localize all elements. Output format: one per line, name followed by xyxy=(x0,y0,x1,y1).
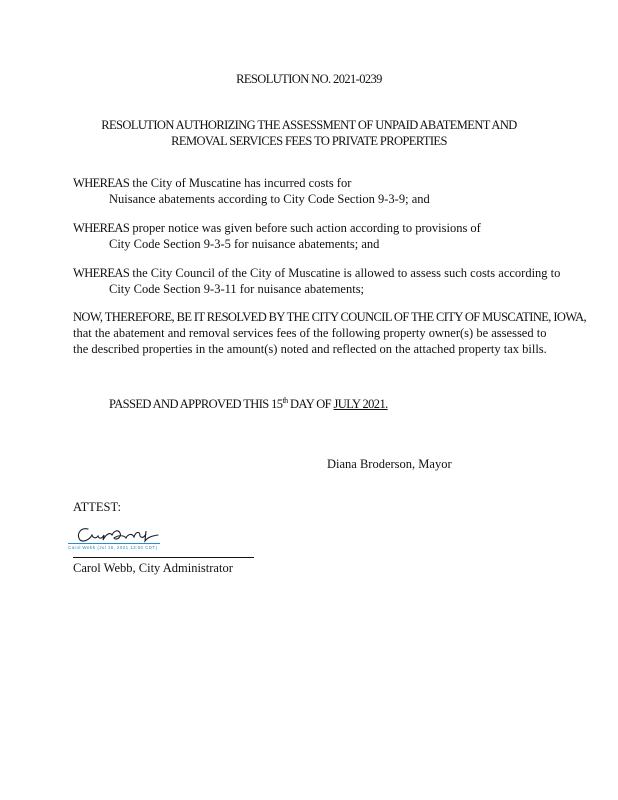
signature-line xyxy=(73,557,254,558)
resolved-lead: NOW, THEREFORE, BE IT RESOLVED BY THE CI… xyxy=(73,309,553,325)
whereas-clause-2: WHEREAS proper notice was given before s… xyxy=(73,220,481,252)
whereas-text: the City Council of the City of Muscatin… xyxy=(132,266,560,280)
passed-year: 2021. xyxy=(360,397,388,411)
resolution-title-line-1: RESOLUTION AUTHORIZING THE ASSESSMENT OF… xyxy=(0,117,618,133)
mayor-signature-name: Diana Broderson, Mayor xyxy=(327,457,452,472)
whereas-text: the City of Muscatine has incurred costs… xyxy=(132,176,351,190)
administrator-signature-name: Carol Webb, City Administrator xyxy=(73,561,233,576)
whereas-text-continued: City Code Section 9-3-11 for nuisance ab… xyxy=(73,281,560,297)
attest-label: ATTEST: xyxy=(73,500,121,515)
resolved-clause: NOW, THEREFORE, BE IT RESOLVED BY THE CI… xyxy=(73,309,553,357)
esignature-caption: Carol Webb (Jul 16, 2021 13:50 CDT) xyxy=(68,545,157,550)
whereas-text-continued: City Code Section 9-3-5 for nuisance aba… xyxy=(73,236,481,252)
handwritten-signature-icon xyxy=(66,525,162,545)
whereas-clause-1: WHEREAS the City of Muscatine has incurr… xyxy=(73,175,430,207)
resolution-title: RESOLUTION AUTHORIZING THE ASSESSMENT OF… xyxy=(0,117,618,149)
resolution-title-line-2: REMOVAL SERVICES FEES TO PRIVATE PROPERT… xyxy=(0,133,618,149)
passed-day: 15 xyxy=(271,397,282,411)
whereas-text-continued: Nuisance abatements according to City Co… xyxy=(73,191,430,207)
passed-approved-line: PASSED AND APPROVED THIS 15th DAY OF JUL… xyxy=(109,397,388,412)
whereas-text: proper notice was given before such acti… xyxy=(132,221,481,235)
resolved-body: that the abatement and removal services … xyxy=(73,325,553,357)
whereas-lead: WHEREAS xyxy=(73,266,129,280)
whereas-lead: WHEREAS xyxy=(73,221,129,235)
resolution-number: RESOLUTION NO. 2021-0239 xyxy=(0,72,618,87)
esignature-underline xyxy=(68,543,160,544)
passed-prefix: PASSED AND APPROVED THIS xyxy=(109,397,271,411)
whereas-clause-3: WHEREAS the City Council of the City of … xyxy=(73,265,560,297)
whereas-lead: WHEREAS xyxy=(73,176,129,190)
passed-middle: DAY OF xyxy=(287,397,333,411)
passed-month: JULY xyxy=(334,397,360,411)
